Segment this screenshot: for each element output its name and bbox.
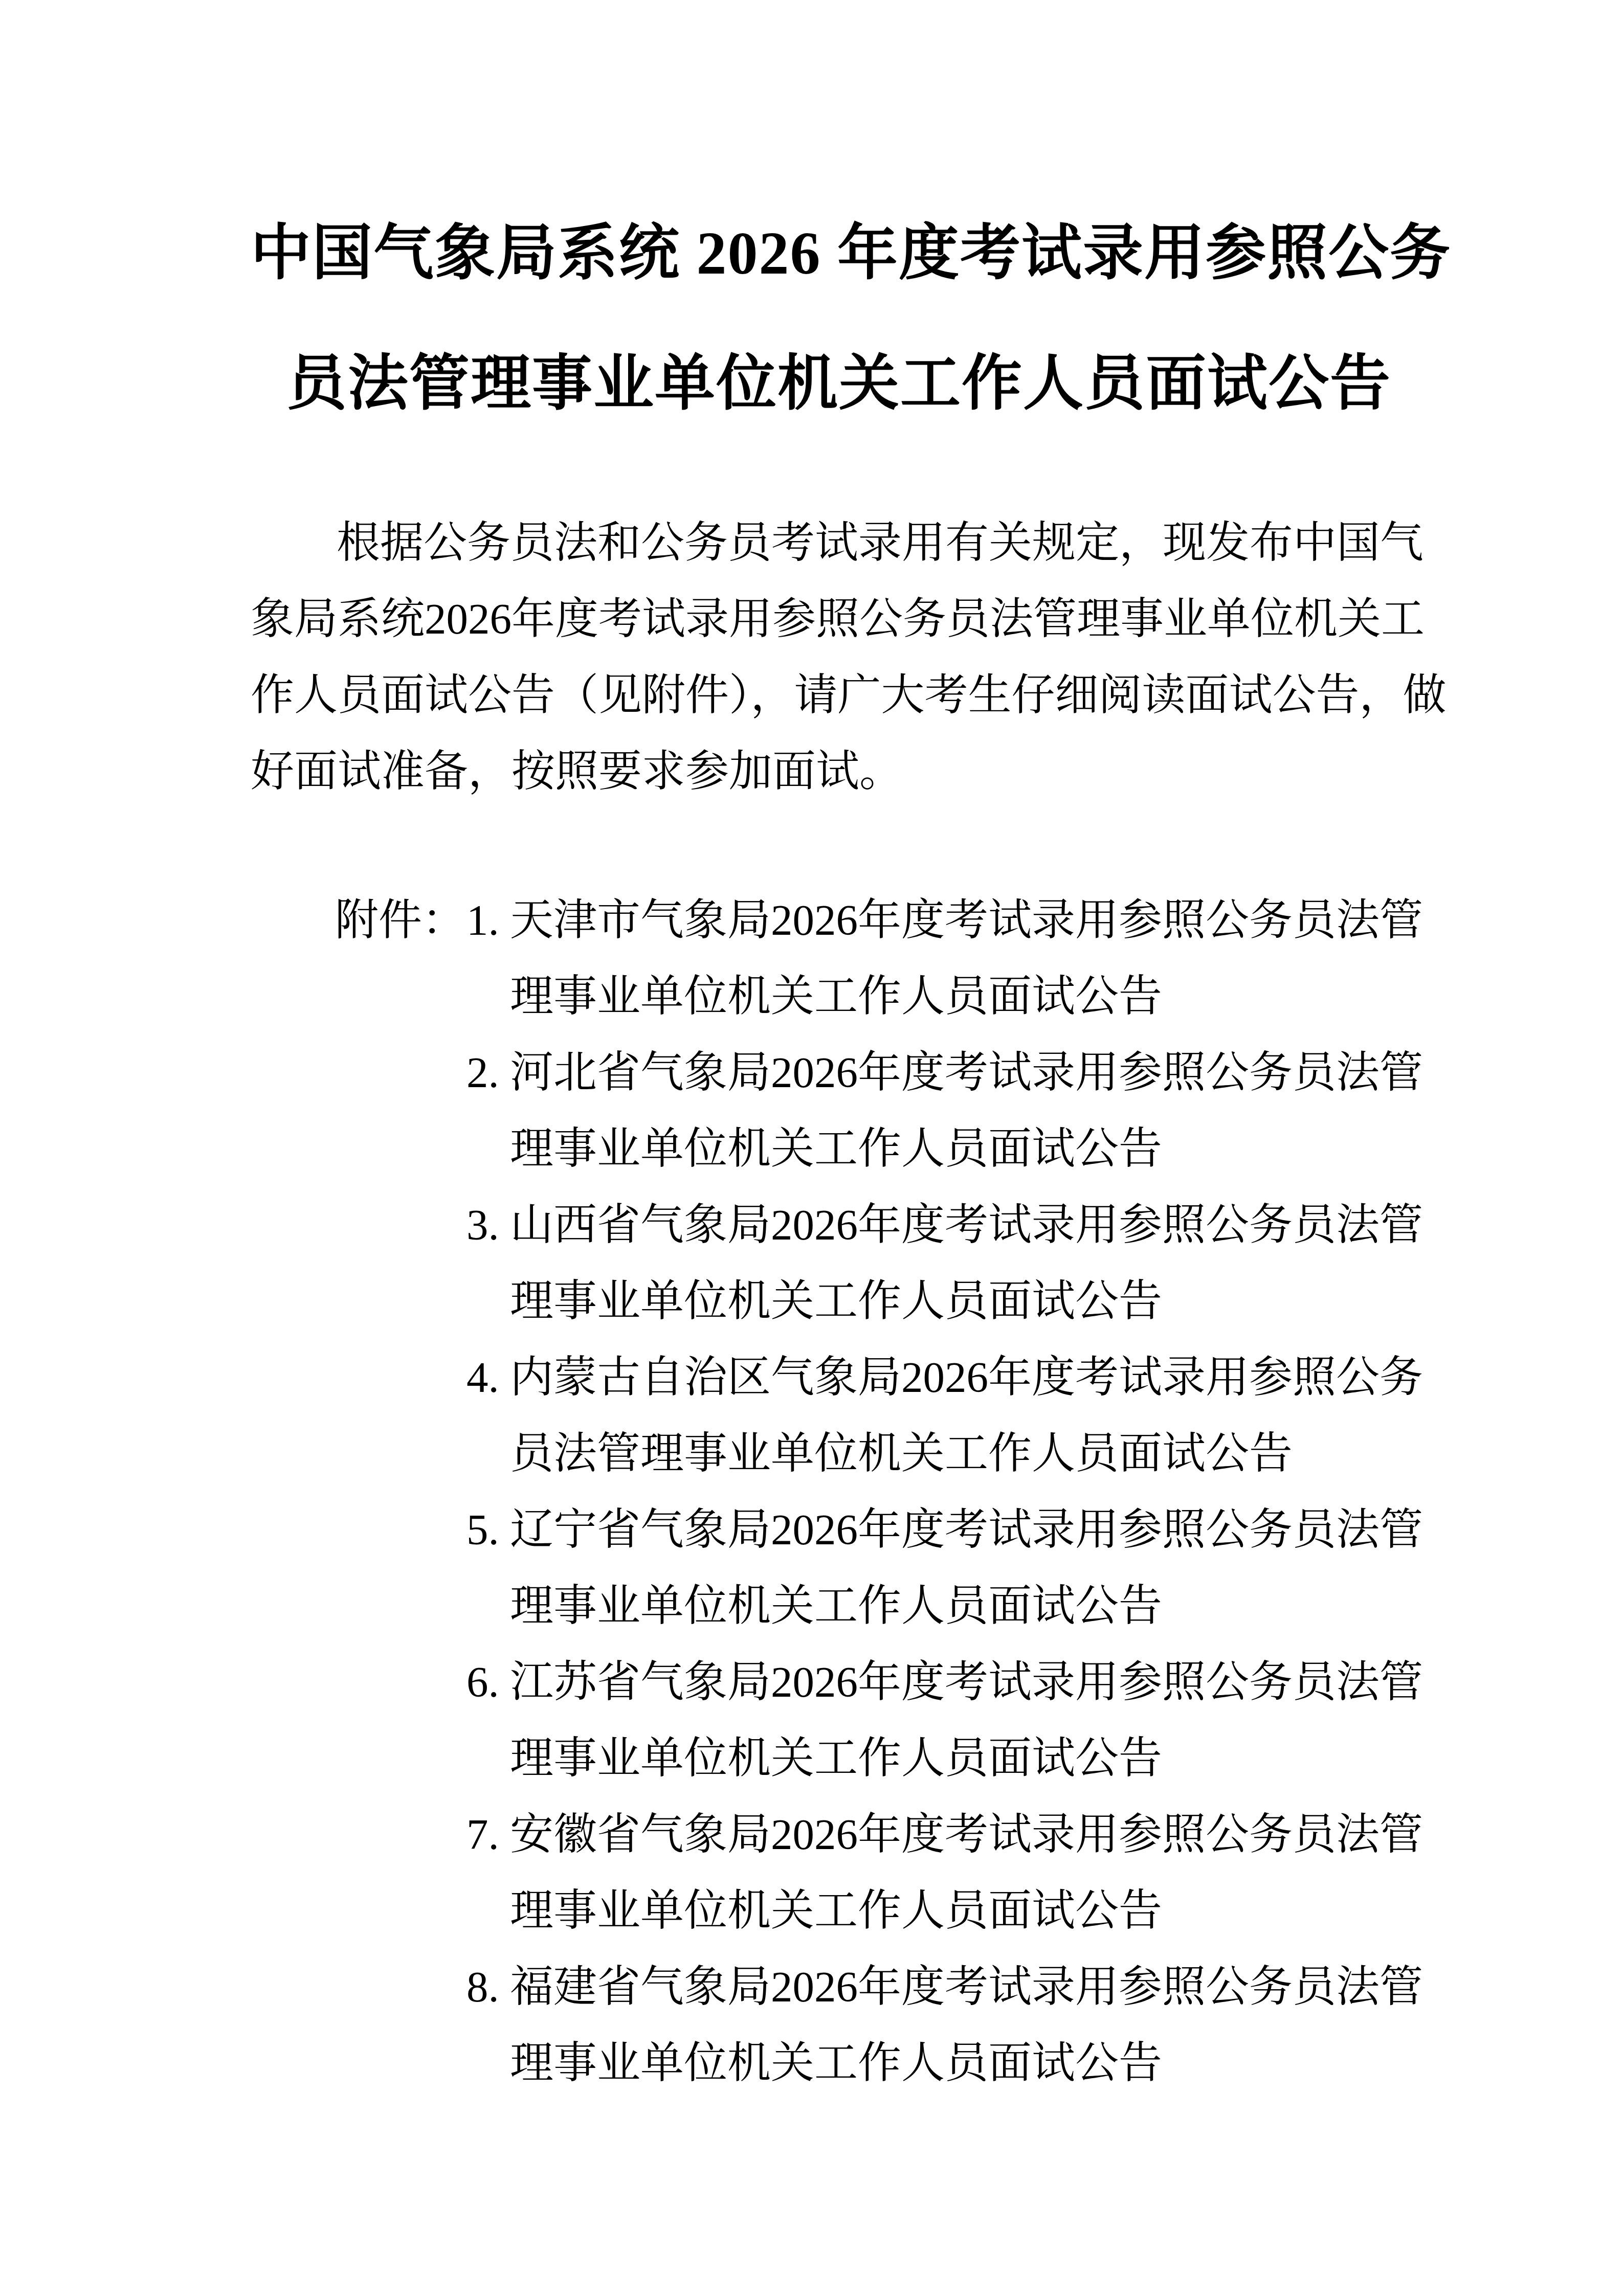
- attachment-item-2: 2. 河北省气象局2026年度考试录用参照公务员法管 理事业单位机关工作人员面试…: [251, 1035, 1427, 1187]
- attachment-item-line2: 理事业单位机关工作人员面试公告: [510, 1111, 1427, 1187]
- attachment-item-number: 5.: [466, 1492, 499, 1568]
- attachment-item-line2: 员法管理事业单位机关工作人员面试公告: [510, 1416, 1427, 1492]
- attachment-item-line2: 理事业单位机关工作人员面试公告: [510, 1264, 1427, 1340]
- attachment-item-number: 7.: [466, 1797, 499, 1873]
- attachment-item-7: 7. 安徽省气象局2026年度考试录用参照公务员法管 理事业单位机关工作人员面试…: [251, 1797, 1427, 1949]
- attachment-item-number: 4.: [466, 1340, 499, 1416]
- document-page: 中国气象局系统 2026 年度考试录用参照公务 员法管理事业单位机关工作人员面试…: [0, 0, 1624, 2296]
- document-title-line1: 中国气象局系统 2026 年度考试录用参照公务: [251, 188, 1427, 319]
- attachment-item-line2: 理事业单位机关工作人员面试公告: [510, 1568, 1427, 1645]
- attachment-item-line1: 辽宁省气象局2026年度考试录用参照公务员法管: [510, 1492, 1427, 1568]
- attachment-item-line2: 理事业单位机关工作人员面试公告: [510, 959, 1427, 1035]
- attachment-item-4: 4. 内蒙古自治区气象局2026年度考试录用参照公务 员法管理事业单位机关工作人…: [251, 1340, 1427, 1492]
- document-title-line2: 员法管理事业单位机关工作人员面试公告: [251, 319, 1427, 449]
- attachment-item-line1: 安徽省气象局2026年度考试录用参照公务员法管: [510, 1797, 1427, 1873]
- attachment-item-number: 3.: [466, 1187, 499, 1264]
- attachments-section: 附件： 1. 天津市气象局2026年度考试录用参照公务员法管 理事业单位机关工作…: [251, 883, 1427, 2102]
- intro-line-3: 作人员面试公告（见附件），请广大考生仔细阅读面试公告，做: [251, 658, 1427, 734]
- intro-line-1: 根据公务员法和公务员考试录用有关规定，现发布中国气: [251, 505, 1427, 581]
- attachment-item-line2: 理事业单位机关工作人员面试公告: [510, 2025, 1427, 2102]
- attachment-item-line1: 山西省气象局2026年度考试录用参照公务员法管: [510, 1187, 1427, 1264]
- attachments-list: 1. 天津市气象局2026年度考试录用参照公务员法管 理事业单位机关工作人员面试…: [251, 883, 1427, 2102]
- intro-line-4: 好面试准备，按照要求参加面试。: [251, 734, 1427, 810]
- attachment-item-line1: 内蒙古自治区气象局2026年度考试录用参照公务: [510, 1340, 1427, 1416]
- attachment-item-number: 6.: [466, 1645, 499, 1721]
- attachment-item-number: 2.: [466, 1035, 499, 1111]
- attachment-item-line1: 天津市气象局2026年度考试录用参照公务员法管: [510, 883, 1427, 959]
- intro-line-2: 象局系统2026年度考试录用参照公务员法管理事业单位机关工: [251, 581, 1427, 658]
- attachment-item-5: 5. 辽宁省气象局2026年度考试录用参照公务员法管 理事业单位机关工作人员面试…: [251, 1492, 1427, 1645]
- attachment-item-line1: 河北省气象局2026年度考试录用参照公务员法管: [510, 1035, 1427, 1111]
- attachment-item-line2: 理事业单位机关工作人员面试公告: [510, 1721, 1427, 1797]
- attachment-item-number: 1.: [466, 883, 499, 959]
- attachment-item-number: 8.: [466, 1949, 499, 2025]
- attachment-item-line1: 江苏省气象局2026年度考试录用参照公务员法管: [510, 1645, 1427, 1721]
- attachment-item-6: 6. 江苏省气象局2026年度考试录用参照公务员法管 理事业单位机关工作人员面试…: [251, 1645, 1427, 1797]
- attachment-item-1: 1. 天津市气象局2026年度考试录用参照公务员法管 理事业单位机关工作人员面试…: [251, 883, 1427, 1035]
- attachment-item-8: 8. 福建省气象局2026年度考试录用参照公务员法管 理事业单位机关工作人员面试…: [251, 1949, 1427, 2102]
- document-title: 中国气象局系统 2026 年度考试录用参照公务 员法管理事业单位机关工作人员面试…: [251, 188, 1427, 449]
- attachment-item-line2: 理事业单位机关工作人员面试公告: [510, 1873, 1427, 1949]
- attachment-item-line1: 福建省气象局2026年度考试录用参照公务员法管: [510, 1949, 1427, 2025]
- intro-paragraph: 根据公务员法和公务员考试录用有关规定，现发布中国气 象局系统2026年度考试录用…: [251, 505, 1427, 810]
- attachment-item-3: 3. 山西省气象局2026年度考试录用参照公务员法管 理事业单位机关工作人员面试…: [251, 1187, 1427, 1340]
